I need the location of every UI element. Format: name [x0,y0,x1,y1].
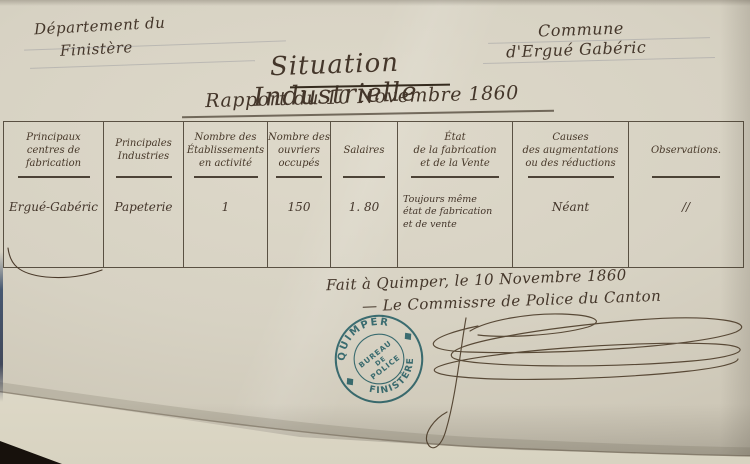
column-observations: Observations. // [629,122,743,267]
commune-label-line1: Commune [538,19,624,41]
header-line: ouvriers [268,144,330,157]
header-line: en activité [184,157,267,170]
header-line: Causes [513,131,628,144]
cell-causes: Néant [513,178,628,267]
column-salaires: Salaires 1. 80 [331,122,398,267]
department-label-line1: Département du [34,14,166,39]
column-industries: Principales Industries Papeterie [104,122,184,267]
column-ouvriers: Nombre des ouvriers occupés 150 [268,122,331,267]
header-line: Observations. [629,144,743,157]
cell-ouvriers: 150 [268,178,330,267]
column-centres-fabrication: Principaux centres de fabrication Ergué-… [4,122,104,267]
cell-etat: Toujours même état de fabrication et de … [398,178,512,267]
header-line: Nombre des [268,131,330,144]
column-header: État de la fabrication et de la Vente [398,122,512,174]
department-label-line2: Finistère [60,38,134,60]
document-sheet: Département du Finistère Commune d'Ergué… [0,0,750,464]
police-stamp: QUIMPER FINISTÈRE BUREAU DE POLICE [314,294,443,423]
column-header: Observations. [629,122,743,174]
cell-centre: Ergué-Gabéric [4,178,103,267]
column-header: Principaux centres de fabrication [4,122,103,174]
header-line: Principaux [4,131,103,144]
header-line: État [398,131,512,144]
header-line: Principales [104,137,183,150]
header-line: et de la Vente [398,157,512,170]
column-causes: Causes des augmentations ou des réductio… [513,122,629,267]
cell-etablissements: 1 [184,178,267,267]
header-line: Salaires [331,144,397,157]
header-line: Industries [104,150,183,163]
cell-line: état de fabrication [403,206,512,218]
column-header: Nombre des ouvriers occupés [268,122,330,174]
column-etablissements: Nombre des Établissements en activité 1 [184,122,268,267]
photo-canvas: Département du Finistère Commune d'Ergué… [0,0,750,464]
header-line: centres de [4,144,103,157]
header-line: Nombre des [184,131,267,144]
column-header: Salaires [331,122,397,174]
column-etat-fabrication: État de la fabrication et de la Vente To… [398,122,513,267]
cell-industrie: Papeterie [104,178,183,267]
header-line: des augmentations [513,144,628,157]
cell-line: et de vente [403,219,512,231]
header-line: ou des réductions [513,157,628,170]
header-line: fabrication [4,157,103,170]
column-header: Causes des augmentations ou des réductio… [513,122,628,174]
photo-dark-edge [0,252,3,402]
column-header: Nombre des Établissements en activité [184,122,267,174]
header-line: occupés [268,157,330,170]
industry-report-table: Principaux centres de fabrication Ergué-… [3,121,744,268]
header-line: Établissements [184,144,267,157]
header-line: de la fabrication [398,144,512,157]
cell-observations: // [629,178,743,267]
column-header: Principales Industries [104,122,183,174]
cell-salaires: 1. 80 [331,178,397,267]
cell-line: Toujours même [403,194,512,206]
